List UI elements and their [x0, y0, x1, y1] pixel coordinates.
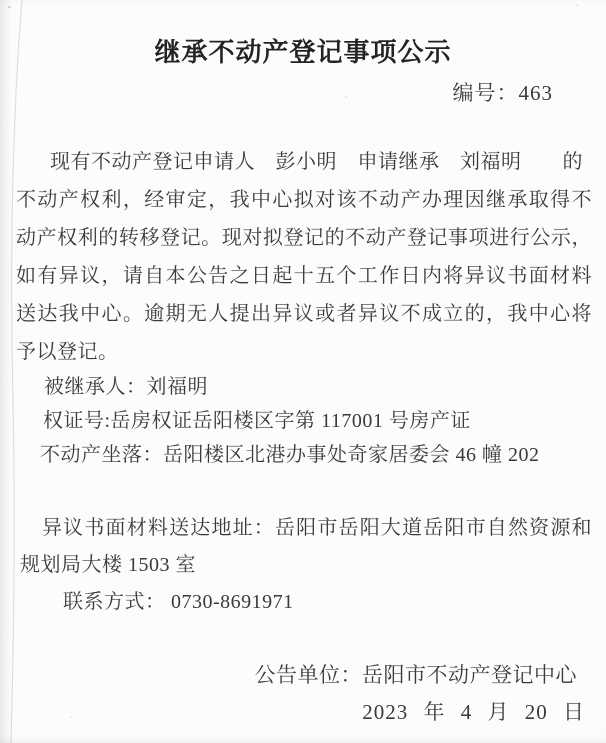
location-line: 不动产坐落：岳阳楼区北港办事处奇家居委会 46 幢 202	[16, 438, 592, 472]
scanned-notice-page: 继承不动产登记事项公示 编号：463 现有不动产登记申请人 彭小明 申请继承 刘…	[0, 0, 606, 743]
objection-address-line-2: 规划局大楼 1503 室	[16, 547, 592, 584]
estate-details: 被继承人：刘福明 权证号:岳房权证岳阳楼区字第 117001 号房产证 不动产坐…	[16, 370, 592, 472]
contact-line: 联系方式： 0730-8691971	[16, 584, 592, 621]
paragraph-line: 现有不动产登记申请人 彭小明 申请继承 刘福明 的	[16, 143, 592, 181]
doc-number: 编号：463	[453, 77, 554, 107]
announcement-date-line: 2023 年 4 月 20 日	[362, 696, 585, 726]
scan-edge-shadow	[0, 0, 15, 743]
scan-speck	[8, 6, 11, 8]
announcing-unit-line: 公告单位：岳阳市不动产登记中心	[255, 659, 578, 689]
paragraph-line: 不动产权利，经审定，我中心拟对该不动产办理因继承取得不	[16, 181, 592, 219]
page-title: 继承不动产登记事项公示	[0, 32, 606, 69]
heir-line: 被继承人：刘福明	[16, 370, 592, 404]
paragraph-line: 如有异议，请自本公告之日起十五个工作日内将异议书面材料	[16, 257, 592, 295]
scan-speck	[70, 716, 72, 718]
scan-speck	[575, 4, 578, 6]
scan-speck	[345, 96, 347, 98]
objection-info: 异议书面材料送达地址：岳阳市岳阳大道岳阳市自然资源和 规划局大楼 1503 室 …	[16, 510, 592, 621]
paragraph-line: 送达我中心。逾期无人提出异议或者异议不成立的，我中心将	[16, 295, 592, 333]
paragraph-line: 动产权利的转移登记。现对拟登记的不动产登记事项进行公示，	[16, 219, 592, 257]
paragraph-line: 予以登记。	[16, 333, 592, 371]
objection-address-line-1: 异议书面材料送达地址：岳阳市岳阳大道岳阳市自然资源和	[16, 510, 592, 547]
main-paragraph: 现有不动产登记申请人 彭小明 申请继承 刘福明 的 不动产权利，经审定，我中心拟…	[16, 143, 592, 371]
certificate-line: 权证号:岳房权证岳阳楼区字第 117001 号房产证	[16, 404, 592, 438]
